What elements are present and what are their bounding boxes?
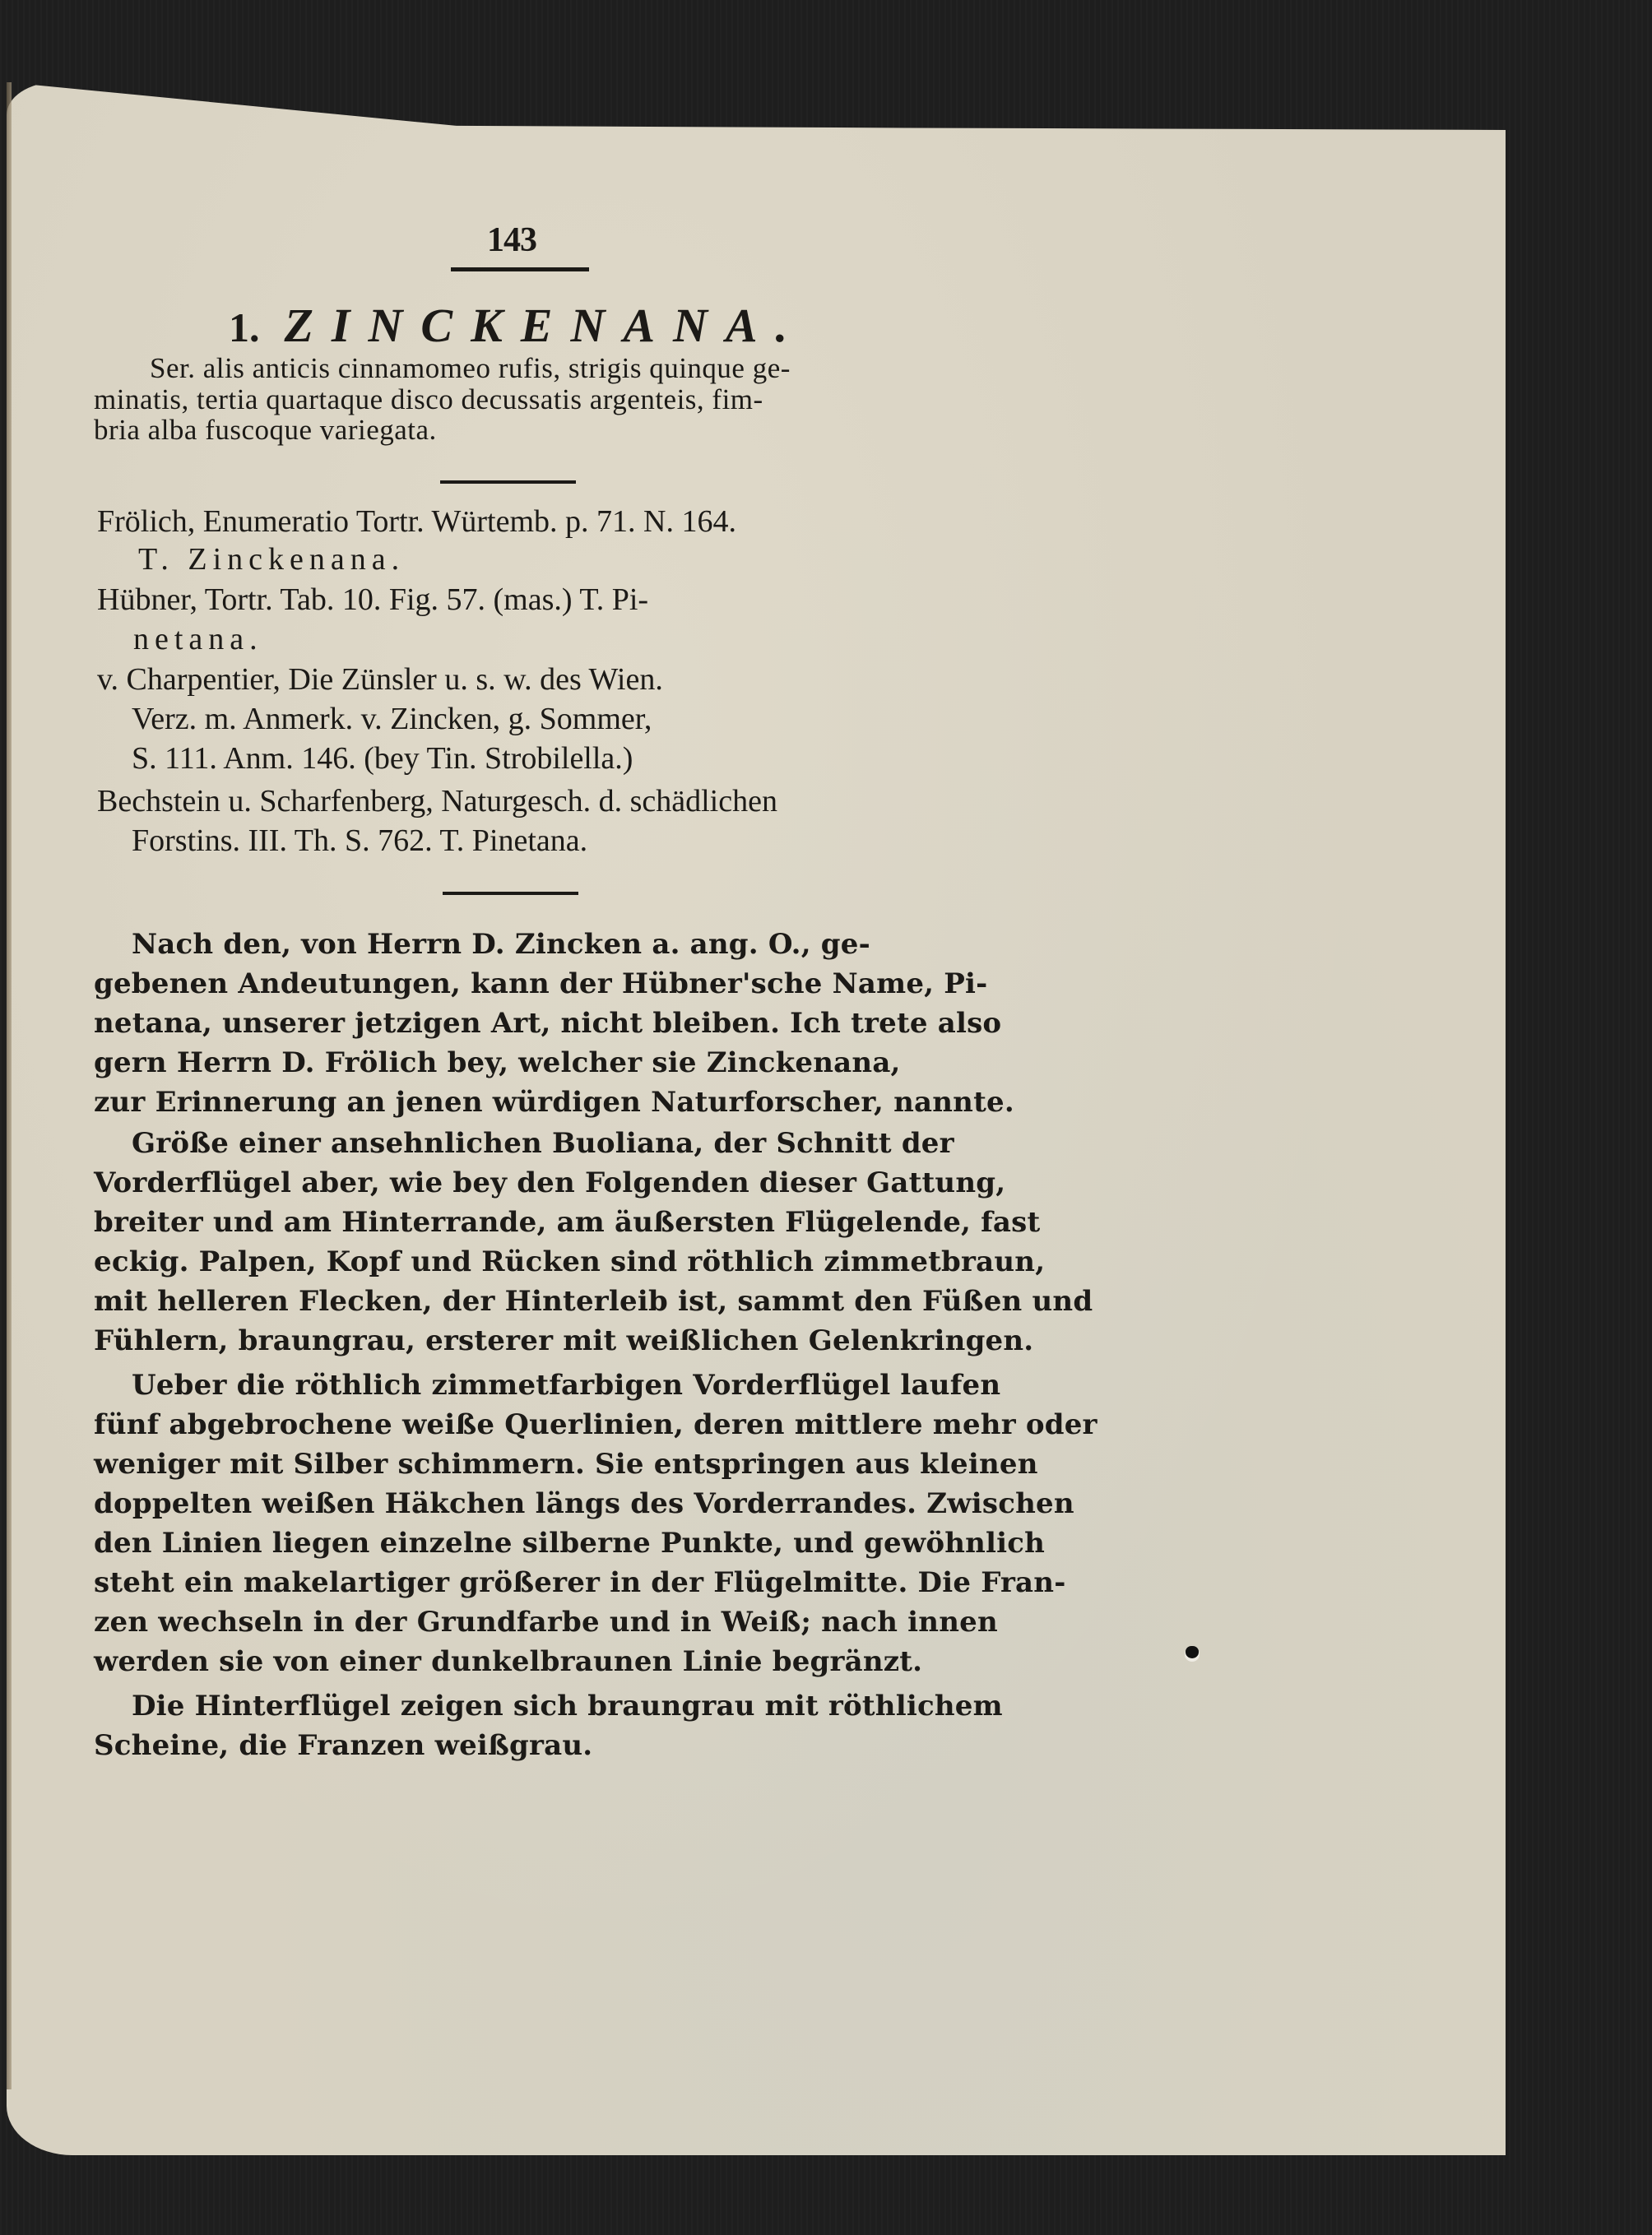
body-line: fünf abgebrochene weiße Querlinien, dere… <box>94 1408 1097 1441</box>
citation-line: Forstins. III. Th. S. 762. T. Pinetana. <box>132 823 587 859</box>
body-line: Größe einer ansehnlichen Buoliana, der S… <box>132 1127 954 1160</box>
body-line: mit helleren Flecken, der Hinterleib ist… <box>94 1285 1093 1318</box>
page-number: 143 <box>487 220 536 260</box>
diagnosis-line: bria alba fuscoque variegata. <box>94 414 437 447</box>
citation-line: Hübner, Tortr. Tab. 10. Fig. 57. (mas.) … <box>97 582 648 618</box>
citation-line: S. 111. Anm. 146. (bey Tin. Strobilella.… <box>132 740 633 777</box>
section-rule <box>443 892 578 895</box>
page-number-rule <box>451 267 589 271</box>
citation-line: Bechstein u. Scharfenberg, Naturgesch. d… <box>97 783 777 819</box>
body-line: netana, unserer jetzigen Art, nicht blei… <box>94 1007 1001 1040</box>
citation-line: v. Charpentier, Die Zünsler u. s. w. des… <box>97 661 663 698</box>
species-name: ZINCKENANA. <box>285 299 806 352</box>
body-line: den Linien liegen einzelne silberne Punk… <box>94 1527 1045 1560</box>
citation-line: T. Zinckenana. <box>138 541 405 577</box>
body-line: Die Hinterflügel zeigen sich braungrau m… <box>132 1690 1003 1723</box>
section-rule <box>440 480 576 484</box>
body-line: werden sie von einer dunkelbraunen Linie… <box>94 1645 922 1678</box>
diagnosis-line: minatis, tertia quartaque disco decussat… <box>94 383 763 416</box>
body-line: breiter und am Hinterrande, am äußersten… <box>94 1206 1040 1239</box>
paper-hole <box>1186 1646 1199 1658</box>
species-number: 1. <box>229 304 260 350</box>
body-line: eckig. Palpen, Kopf und Rücken sind röth… <box>94 1245 1045 1278</box>
body-line: Ueber die röthlich zimmetfarbigen Vorder… <box>132 1369 1000 1402</box>
body-line: weniger mit Silber schimmern. Sie entspr… <box>94 1448 1038 1481</box>
body-line: doppelten weißen Häkchen längs des Vorde… <box>94 1487 1074 1520</box>
body-line: zen wechseln in der Grundfarbe und in We… <box>94 1606 998 1639</box>
body-line: zur Erinnerung an jenen würdigen Naturfo… <box>94 1086 1014 1119</box>
body-line: steht ein makelartiger größerer in der F… <box>94 1566 1066 1599</box>
diagnosis-line: Ser. alis anticis cinnamomeo rufis, stri… <box>150 352 791 385</box>
species-title: 1.ZINCKENANA. <box>229 298 805 353</box>
body-line: Fühlern, braungrau, ersterer mit weißlic… <box>94 1324 1033 1357</box>
body-line: Nach den, von Herrn D. Zincken a. ang. O… <box>132 928 870 961</box>
citation-line: Verz. m. Anmerk. v. Zincken, g. Sommer, <box>132 701 652 737</box>
body-line: gern Herrn D. Frölich bey, welcher sie Z… <box>94 1046 901 1079</box>
citation-line: netana. <box>133 621 263 657</box>
body-line: Scheine, die Franzen weißgrau. <box>94 1729 592 1762</box>
page-gutter-edge <box>7 82 12 2089</box>
citation-line: Frölich, Enumeratio Tortr. Würtemb. p. 7… <box>97 503 736 540</box>
body-line: Vorderflügel aber, wie bey den Folgenden… <box>94 1166 1005 1199</box>
body-line: gebenen Andeutungen, kann der Hübner'sch… <box>94 967 987 1000</box>
